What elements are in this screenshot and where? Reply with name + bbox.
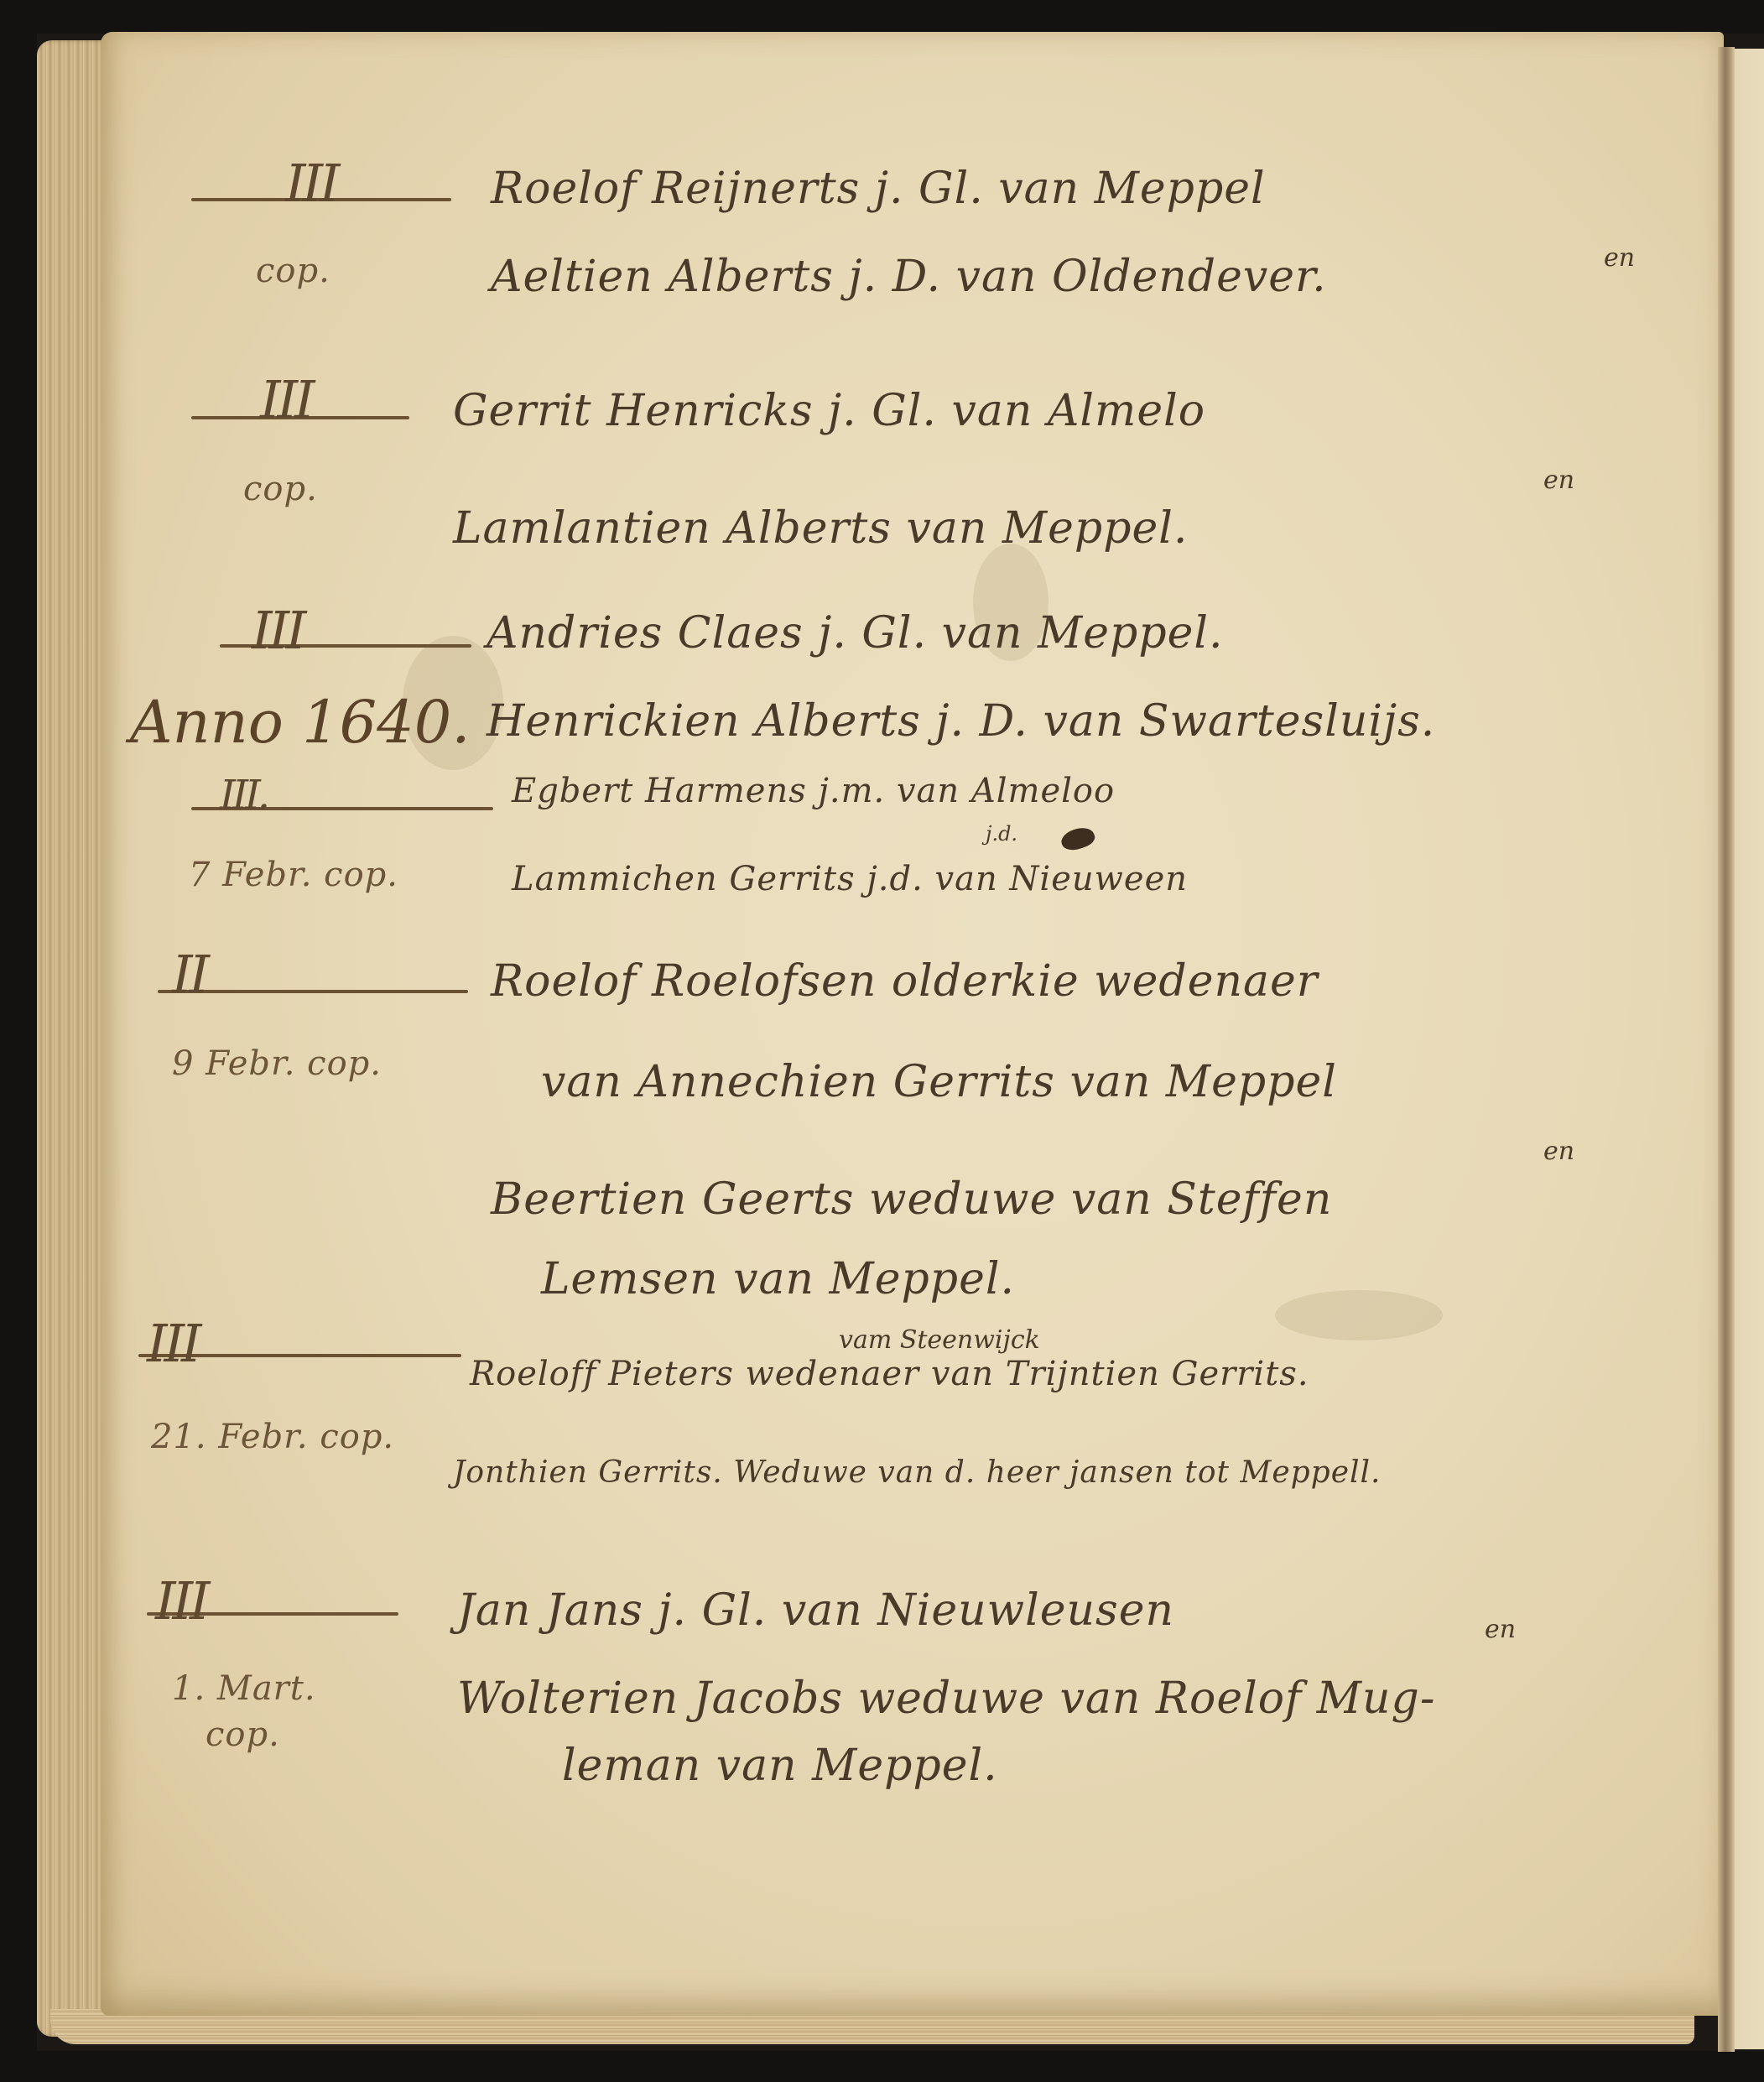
margin-note: cop. [243, 470, 318, 508]
tally-mark: III. [220, 772, 267, 819]
entry-line: Andries Claes j. Gl. van Meppel. [487, 608, 1224, 658]
entry-line: Jonthien Gerrits. Weduwe van d. heer jan… [453, 1455, 1382, 1490]
entry-line: Henrickien Alberts j. D. van Swartesluij… [487, 696, 1435, 747]
margin-note: cop. [256, 252, 330, 290]
paper-stain [1275, 1290, 1443, 1340]
entry-line: Roelof Roelofsen olderkie wedenaer [491, 956, 1319, 1007]
tally-mark: II [172, 944, 206, 1005]
year-marker: Anno 1640. [130, 688, 471, 757]
tally-mark: III [155, 1570, 206, 1632]
connector-word: en [1604, 243, 1635, 273]
tally-mark: III [147, 1313, 198, 1374]
entry-line: Gerrit Henricks j. Gl. van Almelo [453, 386, 1205, 436]
book-gutter [1718, 47, 1735, 2052]
connector-word: en [1543, 1137, 1574, 1166]
entry-line: Lamlantien Alberts van Meppel. [453, 503, 1188, 554]
entry-line: van Annechien Gerrits van Meppel [541, 1057, 1337, 1107]
entry-line: leman van Meppel. [562, 1741, 998, 1791]
interlinear-note: j.d. [986, 822, 1017, 846]
entry-line: Lammichen Gerrits j.d. van Nieuween [512, 860, 1188, 898]
entry-line: Roelof Reijnerts j. Gl. van Meppel [491, 164, 1266, 214]
margin-note: cop. [206, 1715, 280, 1754]
tally-mark: III [260, 369, 311, 430]
tally-mark: III [252, 600, 303, 661]
interlinear-note: vam Steenwijck [839, 1325, 1040, 1355]
entry-line: Wolterien Jacobs weduwe van Roelof Mug- [457, 1673, 1435, 1724]
entry-line: Egbert Harmens j.m. van Almeloo [512, 772, 1115, 810]
connector-word: en [1543, 466, 1574, 495]
margin-note: 9 Febr. cop. [172, 1044, 382, 1083]
margin-note: 7 Febr. cop. [189, 856, 398, 894]
entry-line: Roeloff Pieters wedenaer van Trijntien G… [470, 1355, 1309, 1393]
margin-note: 21. Febr. cop. [151, 1418, 394, 1456]
tally-mark: III [285, 153, 336, 214]
entry-line: Lemsen van Meppel. [541, 1254, 1015, 1304]
connector-word: en [1485, 1615, 1516, 1644]
facing-page-edge [1735, 49, 1764, 2049]
entry-line: Aeltien Alberts j. D. van Oldendever. [491, 252, 1327, 302]
entry-line: Jan Jans j. Gl. van Nieuwleusen [457, 1585, 1174, 1636]
entry-line: Beertien Geerts weduwe van Steffen [491, 1174, 1332, 1225]
margin-note: 1. Mart. [172, 1669, 316, 1708]
